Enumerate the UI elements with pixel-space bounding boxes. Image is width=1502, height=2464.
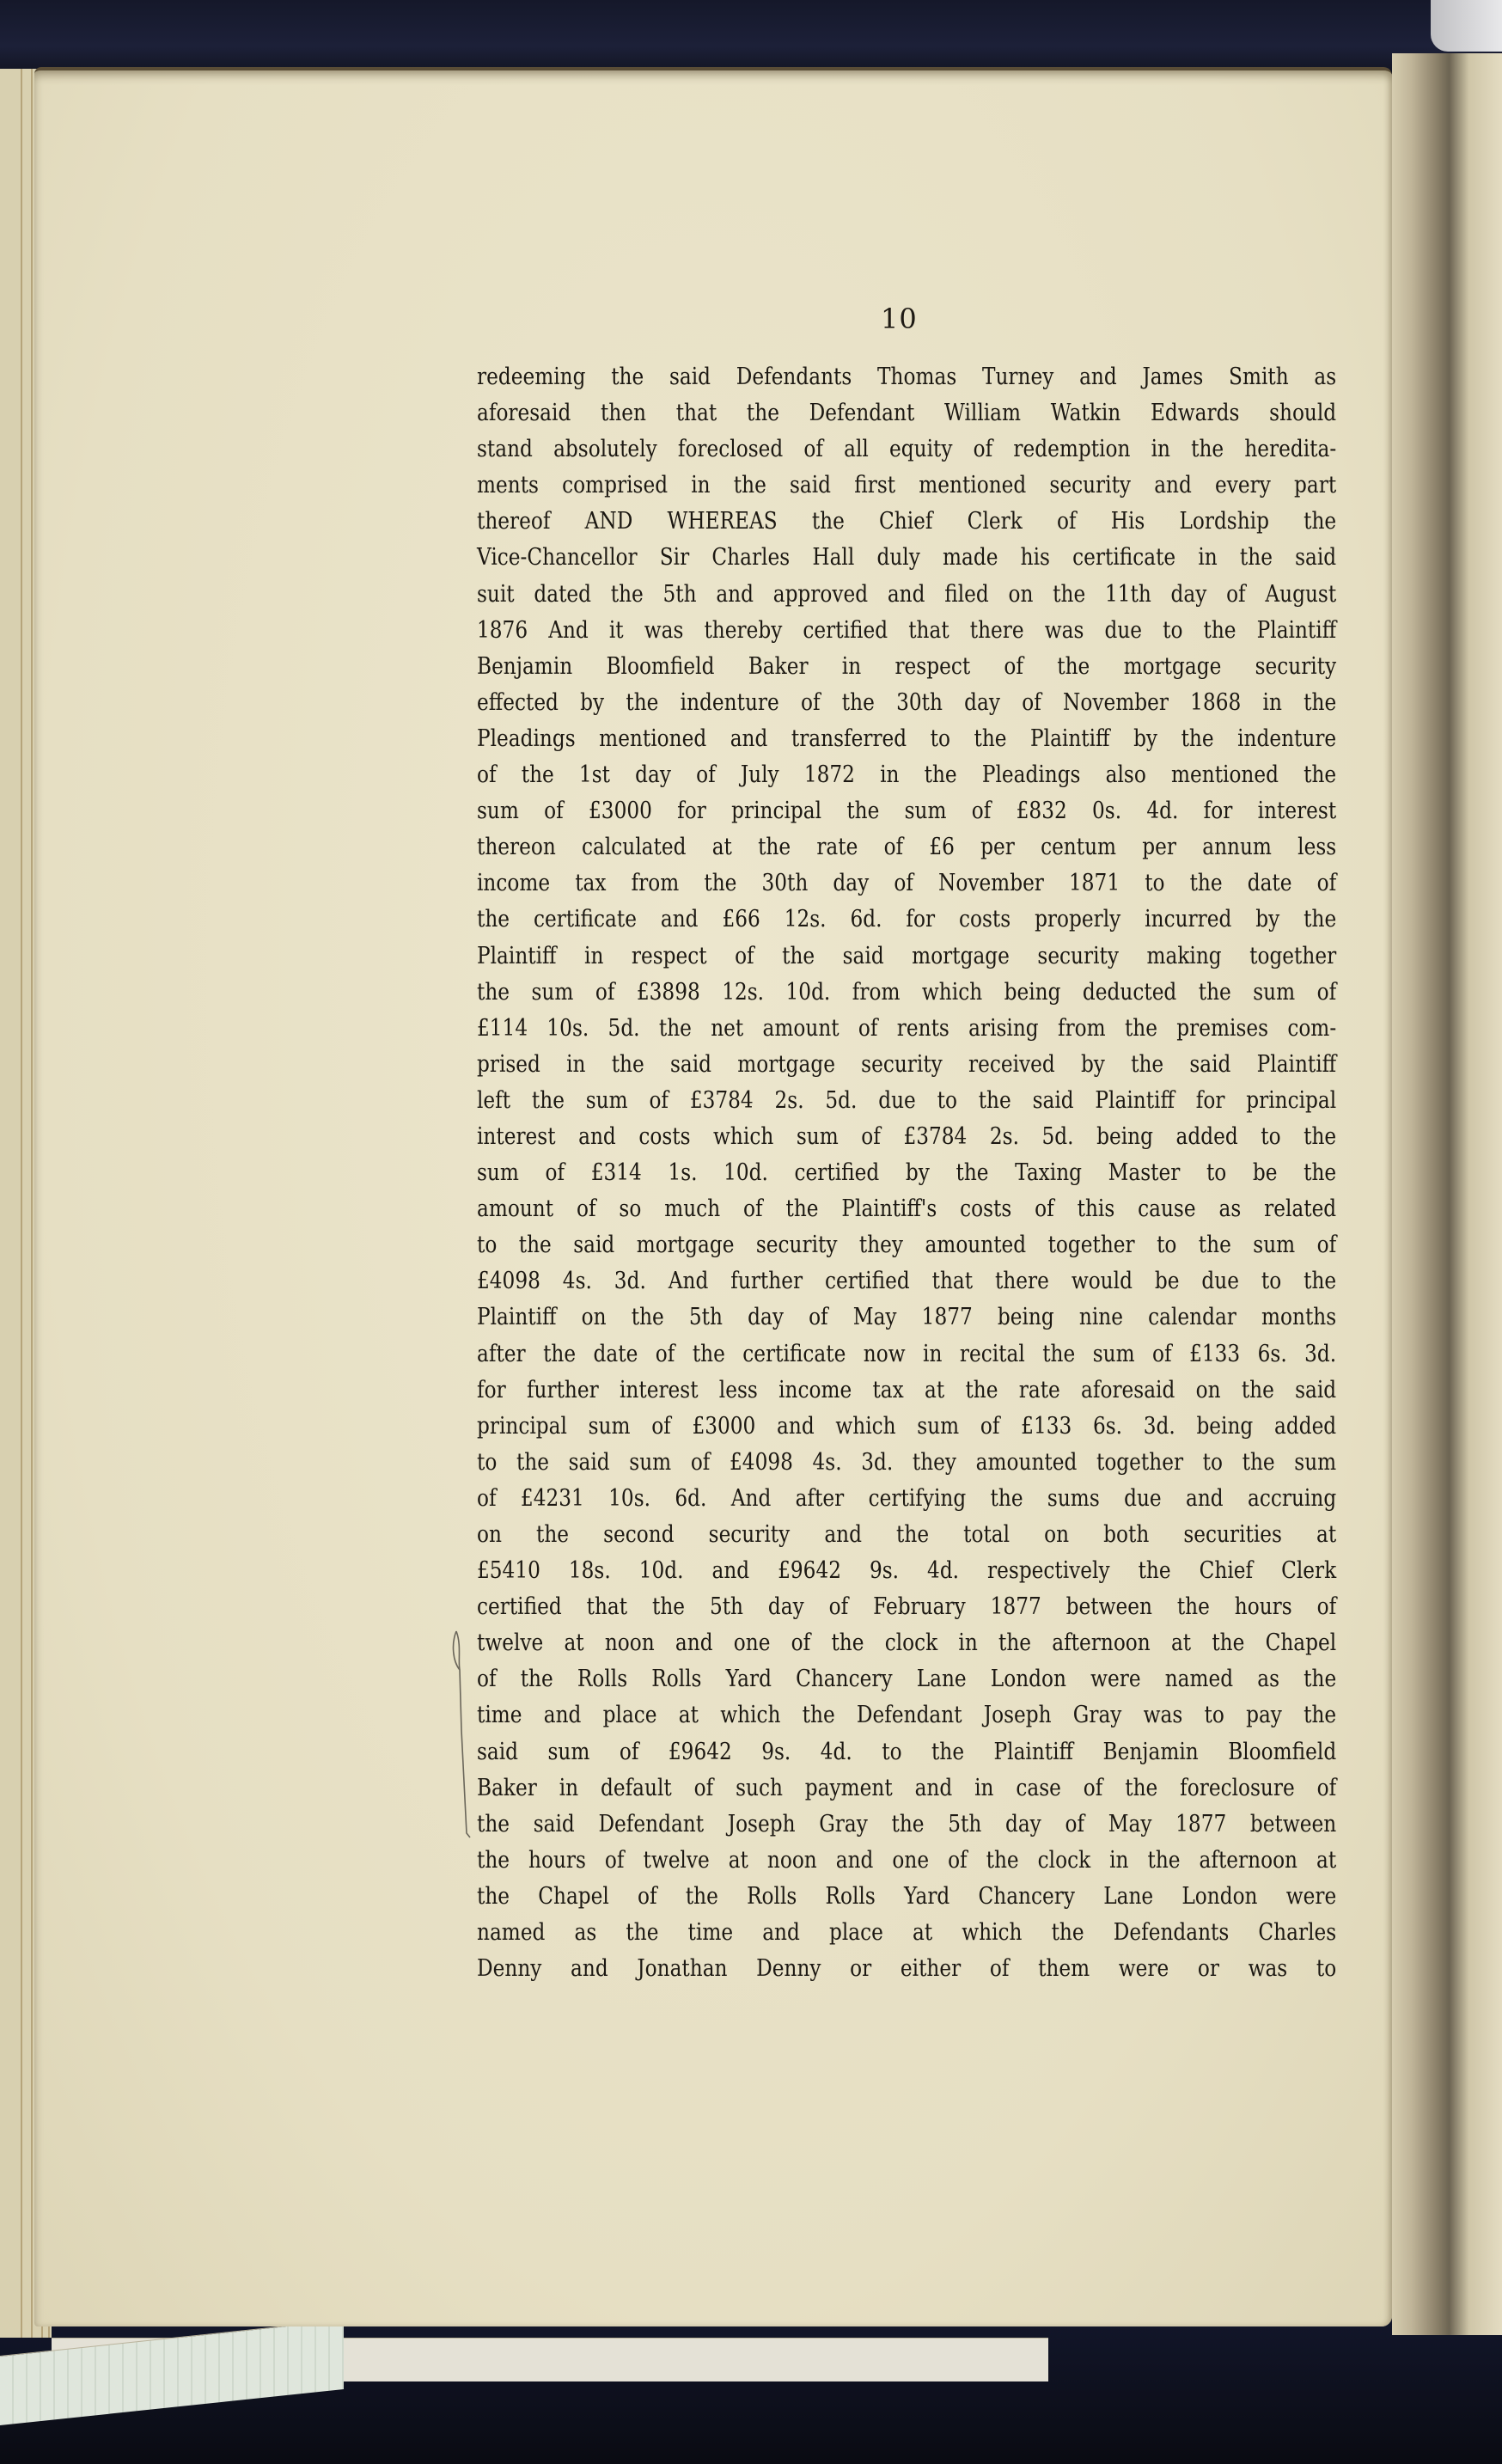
text-line: twelve at noon and one of the clock in t… (477, 1625, 1336, 1661)
text-line: for further interest less income tax at … (477, 1373, 1336, 1409)
text-line: stand absolutely foreclosed of all equit… (477, 431, 1336, 468)
text-line: amount of so much of the Plaintiff's cos… (477, 1191, 1336, 1227)
page-edge-line (21, 69, 22, 2338)
page-edge-line (31, 69, 33, 2338)
text-line: Denny and Jonathan Denny or either of th… (477, 1951, 1336, 1987)
book-cover-top (0, 0, 1502, 77)
text-line: Baker in default of such payment and in … (477, 1770, 1336, 1807)
body-text: redeeming the said Defendants Thomas Tur… (477, 359, 1336, 1987)
text-line: principal sum of £3000 and which sum of … (477, 1409, 1336, 1445)
text-line: of the Rolls Rolls Yard Chancery Lane Lo… (477, 1661, 1336, 1697)
text-line: after the date of the certificate now in… (477, 1336, 1336, 1373)
text-line: left the sum of £3784 2s. 5d. due to the… (477, 1083, 1336, 1119)
text-line: named as the time and place at which the… (477, 1915, 1336, 1951)
text-line: £4098 4s. 3d. And further certified that… (477, 1263, 1336, 1299)
text-line: the Chapel of the Rolls Rolls Yard Chanc… (477, 1879, 1336, 1915)
pencil-margin-mark-icon (449, 1627, 475, 1842)
text-line: the sum of £3898 12s. 10d. from which be… (477, 975, 1336, 1011)
text-line: to the said mortgage security they amoun… (477, 1227, 1336, 1263)
text-line: suit dated the 5th and approved and file… (477, 577, 1336, 613)
text-line: £5410 18s. 10d. and £9642 9s. 4d. respec… (477, 1553, 1336, 1589)
text-line: prised in the said mortgage security rec… (477, 1047, 1336, 1083)
text-line: effected by the indenture of the 30th da… (477, 685, 1336, 721)
text-line: thereon calculated at the rate of £6 per… (477, 829, 1336, 865)
text-line: 1876 And it was thereby certified that t… (477, 613, 1336, 649)
text-line: thereof AND WHEREAS the Chief Clerk of H… (477, 504, 1336, 540)
text-line: of the 1st day of July 1872 in the Plead… (477, 757, 1336, 793)
text-line: aforesaid then that the Defendant Willia… (477, 395, 1336, 431)
text-line: time and place at which the Defendant Jo… (477, 1697, 1336, 1733)
text-line: £114 10s. 5d. the net amount of rents ar… (477, 1011, 1336, 1047)
text-line: sum of £314 1s. 10d. certified by the Ta… (477, 1155, 1336, 1191)
text-line: Pleadings mentioned and transferred to t… (477, 721, 1336, 757)
text-line: redeeming the said Defendants Thomas Tur… (477, 359, 1336, 395)
text-line: Benjamin Bloomfield Baker in respect of … (477, 649, 1336, 685)
adjacent-page-gutter (1392, 53, 1502, 2335)
text-line: the said Defendant Joseph Gray the 5th d… (477, 1807, 1336, 1843)
background-light-region (1431, 0, 1502, 52)
text-line: ments comprised in the said first mentio… (477, 468, 1336, 504)
text-line: on the second security and the total on … (477, 1517, 1336, 1553)
text-line: Plaintiff in respect of the said mortgag… (477, 939, 1336, 975)
text-line: the hours of twelve at noon and one of t… (477, 1843, 1336, 1879)
text-line: income tax from the 30th day of November… (477, 865, 1336, 902)
text-line: of £4231 10s. 6d. And after certifying t… (477, 1481, 1336, 1517)
text-line: certified that the 5th day of February 1… (477, 1589, 1336, 1625)
text-line: Plaintiff on the 5th day of May 1877 bei… (477, 1299, 1336, 1336)
text-line: sum of £3000 for principal the sum of £8… (477, 793, 1336, 829)
text-line: said sum of £9642 9s. 4d. to the Plainti… (477, 1734, 1336, 1770)
text-line: Vice-Chancellor Sir Charles Hall duly ma… (477, 540, 1336, 576)
page-number: 10 (881, 303, 918, 335)
text-line: interest and costs which sum of £3784 2s… (477, 1119, 1336, 1155)
text-line: the certificate and £66 12s. 6d. for cos… (477, 902, 1336, 938)
text-line: to the said sum of £4098 4s. 3d. they am… (477, 1445, 1336, 1481)
